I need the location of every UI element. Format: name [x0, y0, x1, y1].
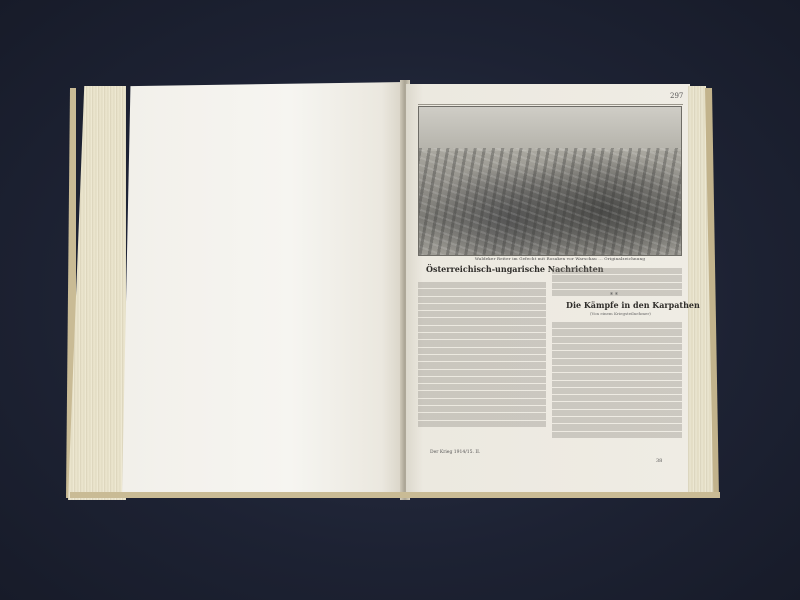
page-number: 297	[670, 92, 683, 100]
article-title-right: Die Kämpfe in den Karpathen	[566, 300, 700, 310]
section-ornament: * *	[610, 292, 618, 299]
article-subtitle-right: (Von einem Kriegsteilnehmer)	[590, 311, 651, 316]
running-head-rule	[418, 96, 683, 105]
cavalry-illustration	[418, 106, 682, 256]
illustration-sky	[419, 107, 681, 151]
bottom-cover-edge	[70, 492, 720, 498]
footer-signature: Der Krieg 1914/15. II.	[430, 450, 480, 455]
left-page-block	[68, 86, 126, 500]
left-page-blank	[122, 82, 404, 496]
illustration-caption: Waldeker Reiter im Gefecht mit Rosaken v…	[440, 256, 680, 261]
article-text-left	[418, 282, 546, 432]
illustration-riders	[419, 148, 681, 255]
open-book: 297 Waldeker Reiter im Gefecht mit Rosak…	[0, 0, 800, 600]
footer-mark: 38	[656, 458, 662, 464]
